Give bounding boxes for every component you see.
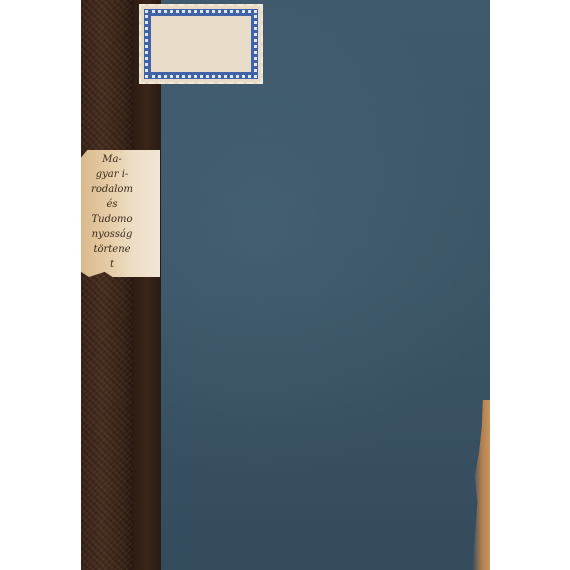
spine-handwritten-title: Ma- gyar i- rodalom és Tudomo nyosság tö…	[84, 152, 140, 272]
spine-text-line: és	[84, 197, 140, 212]
book	[81, 0, 490, 570]
spine-text-line: Tudomo	[84, 212, 140, 227]
spine-text-line: nyosság	[84, 227, 140, 242]
spine-text-line: Ma-	[84, 152, 140, 167]
cover-label-ornamental-border	[144, 9, 258, 79]
cover-label	[139, 4, 263, 84]
book-spine	[81, 0, 133, 570]
spine-joint	[133, 0, 161, 570]
front-cover	[161, 0, 490, 570]
spine-text-line: törtene	[84, 242, 140, 257]
spine-text-line: rodalom	[84, 182, 140, 197]
spine-text-line: gyar i-	[84, 167, 140, 182]
spine-text-line: t	[84, 257, 140, 272]
worn-cover-edge	[472, 400, 490, 570]
